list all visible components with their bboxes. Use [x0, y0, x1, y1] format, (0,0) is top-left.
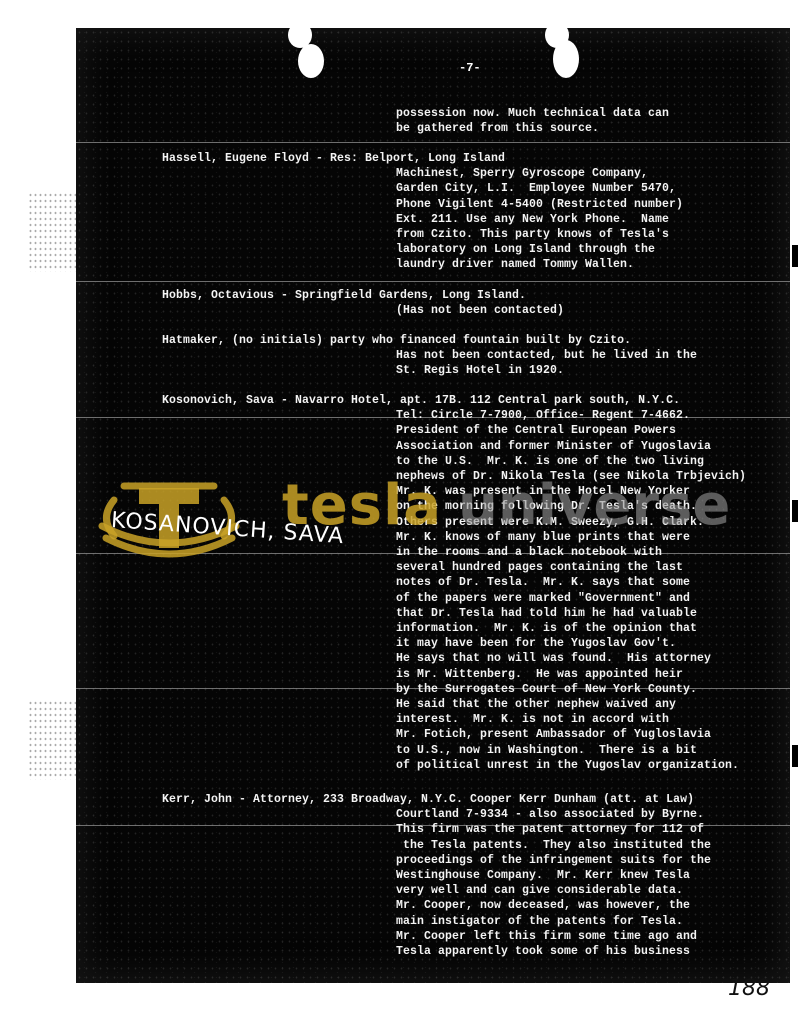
entry-heading: Hassell, Eugene Floyd - Res: Belport, Lo…	[162, 151, 505, 166]
entry-line: by the Surrogates Court of New York Coun…	[396, 682, 697, 697]
page-label: -7-	[459, 61, 481, 75]
entry-line: several hundred pages containing the las…	[396, 560, 683, 575]
entry-line: Garden City, L.I. Employee Number 5470,	[396, 181, 676, 196]
intro-line: be gathered from this source.	[396, 121, 599, 136]
entry-line: Machinest, Sperry Gyroscope Company,	[396, 166, 648, 181]
entry-line: Mr. Cooper left this firm some time ago …	[396, 929, 697, 944]
entry-line: of the papers were marked "Government" a…	[396, 591, 690, 606]
entry-line: Has not been contacted, but he lived in …	[396, 348, 697, 363]
entry-line: Tel: Circle 7-7900, Office- Regent 7-466…	[396, 408, 690, 423]
entry-line: Association and former Minister of Yugos…	[396, 439, 711, 454]
entry-line: is Mr. Wittenberg. He was appointed heir	[396, 667, 683, 682]
handwritten-page-number: 188	[728, 976, 770, 1001]
entry-line: notes of Dr. Tesla. Mr. K. says that som…	[396, 575, 690, 590]
entry-heading: Kerr, John - Attorney, 233 Broadway, N.Y…	[162, 792, 694, 807]
entry-line: He says that no will was found. His atto…	[396, 651, 711, 666]
entry-line: Westinghouse Company. Mr. Kerr knew Tesl…	[396, 868, 690, 883]
entry-line: proceedings of the infringement suits fo…	[396, 853, 711, 868]
scan-artifact-line	[76, 142, 790, 143]
entry-line: the Tesla patents. They also instituted …	[396, 838, 711, 853]
entry-line: laundry driver named Tommy Wallen.	[396, 257, 634, 272]
entry-line: Mr. Fotich, present Ambassador of Yuglos…	[396, 727, 711, 742]
entry-line: Ext. 211. Use any New York Phone. Name	[396, 212, 669, 227]
entry-line: laboratory on Long Island through the	[396, 242, 655, 257]
entry-line: information. Mr. K. is of the opinion th…	[396, 621, 697, 636]
edge-mark	[792, 245, 798, 267]
watermark-universe: universe	[458, 478, 730, 534]
entry-line: Courtland 7-9334 - also associated by By…	[396, 807, 704, 822]
entry-line: from Czito. This party knows of Tesla's	[396, 227, 669, 242]
entry-line: that Dr. Tesla had told him he had valua…	[396, 606, 697, 621]
punch-hole	[553, 40, 579, 78]
entry-line: St. Regis Hotel in 1920.	[396, 363, 564, 378]
entry-line: to the U.S. Mr. K. is one of the two liv…	[396, 454, 704, 469]
entry-line: Phone Vigilent 4-5400 (Restricted number…	[396, 197, 683, 212]
entry-line: He said that the other nephew waived any	[396, 697, 676, 712]
entry-line: in the rooms and a black notebook with	[396, 545, 662, 560]
entry-line: main instigator of the patents for Tesla…	[396, 914, 683, 929]
entry-heading: Hatmaker, (no initials) party who financ…	[162, 333, 631, 348]
entry-line: (Has not been contacted)	[396, 303, 564, 318]
entry-line: This firm was the patent attorney for 11…	[396, 822, 704, 837]
entry-heading: Hobbs, Octavious - Springfield Gardens, …	[162, 288, 526, 303]
entry-line: President of the Central European Powers	[396, 423, 676, 438]
edge-mark	[792, 745, 798, 767]
punch-hole	[298, 44, 324, 78]
scan-artifact-line	[76, 281, 790, 282]
edge-mark	[792, 500, 798, 522]
intro-line: possession now. Much technical data can	[396, 106, 669, 121]
entry-heading: Kosonovich, Sava - Navarro Hotel, apt. 1…	[162, 393, 680, 408]
entry-line: interest. Mr. K. is not in accord with	[396, 712, 669, 727]
entry-line: it may have been for the Yugoslav Gov't.	[396, 636, 676, 651]
entry-line: to U.S., now in Washington. There is a b…	[396, 743, 697, 758]
entry-line: Mr. Cooper, now deceased, was however, t…	[396, 898, 690, 913]
margin-speckle	[28, 192, 76, 272]
margin-speckle	[28, 700, 76, 780]
entry-line: of political unrest in the Yugoslav orga…	[396, 758, 739, 773]
entry-line: Tesla apparently took some of his busine…	[396, 944, 690, 959]
entry-line: very well and can give considerable data…	[396, 883, 683, 898]
